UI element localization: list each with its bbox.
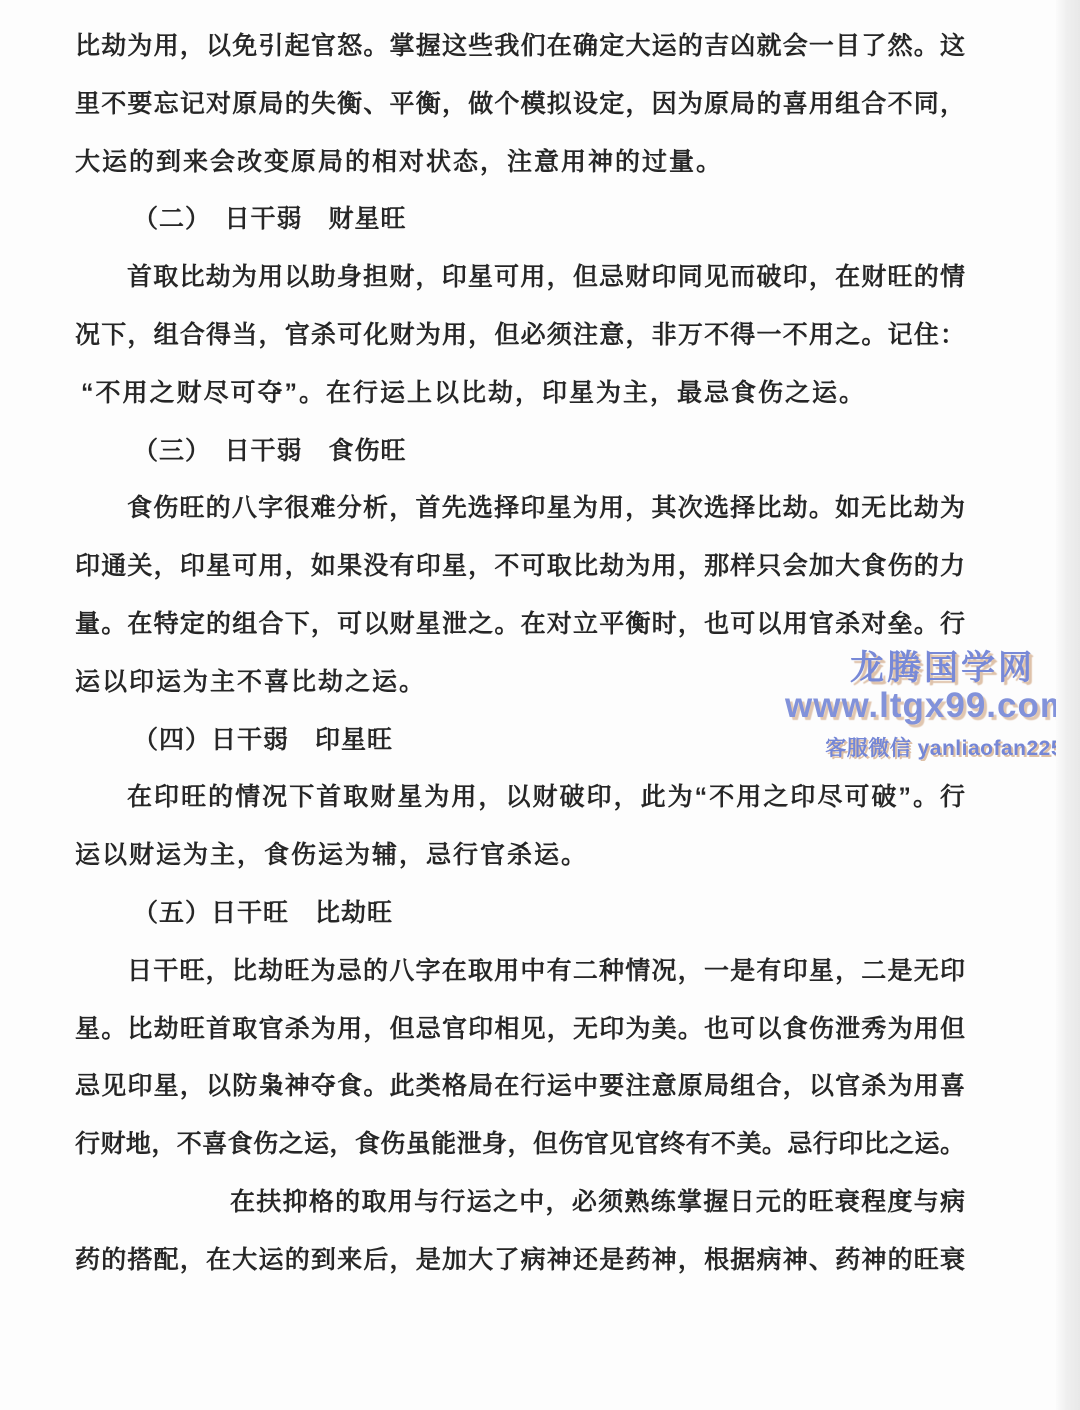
text-line: 印通关，印星可用，如果没有印星，不可取比劫为用，那样只会加大食伤的力 [75, 549, 965, 583]
section-heading: （二） 日干弱 财星旺 [133, 202, 965, 236]
text-line: 在印旺的情况下首取财星为用，以财破印，此为“不用之印尽可破”。行 [127, 780, 965, 814]
text-line: 行财地，不喜食伤之运，食伤虽能泄身，但伤官见官终有不美。忌行印比之运。 [75, 1127, 965, 1161]
scan-edge-strip [1056, 0, 1080, 1410]
text-line: 量。在特定的组合下，可以财星泄之。在对立平衡时，也可以用官杀对垒。行 [75, 607, 965, 641]
text-line: 忌见印星，以防枭神夺食。此类格局在行运中要注意原局组合，以官杀为用喜 [75, 1069, 965, 1103]
text-line: 日干旺，比劫旺为忌的八字在取用中有二种情况，一是有印星，二是无印 [127, 954, 965, 988]
text-line: 大运的到来会改变原局的相对状态，注意用神的过量。 [75, 145, 965, 179]
text-line: 运以财运为主，食伤运为辅，忌行官杀运。 [75, 838, 965, 872]
section-heading: （五）日干旺 比劫旺 [133, 896, 965, 930]
text-line: 比劫为用，以免引起官怒。掌握这些我们在确定大运的吉凶就会一目了然。这 [75, 29, 965, 63]
document-page: 比劫为用，以免引起官怒。掌握这些我们在确定大运的吉凶就会一目了然。这里不要忘记对… [0, 0, 1080, 1410]
text-line: 星。比劫旺首取官杀为用，但忌官印相见，无印为美。也可以食伤泄秀为用但 [75, 1012, 965, 1046]
text-line: 在扶抑格的取用与行运之中，必须熟练掌握日元的旺衰程度与病 [230, 1185, 965, 1219]
text-line: 药的搭配，在大运的到来后，是加大了病神还是药神，根据病神、药神的旺衰 [75, 1243, 965, 1277]
text-line: 首取比劫为用以助身担财，印星可用，但忌财印同见而破印，在财旺的情 [127, 260, 965, 294]
section-heading: （四）日干弱 印星旺 [133, 723, 965, 757]
text-line: “不用之财尽可夺”。在行运上以比劫，印星为主，最忌食伤之运。 [81, 376, 965, 410]
text-line: 里不要忘记对原局的失衡、平衡，做个模拟设定，因为原局的喜用组合不同， [75, 87, 965, 121]
text-line: 运以印运为主不喜比劫之运。 [75, 665, 965, 699]
text-line: 况下，组合得当，官杀可化财为用，但必须注意，非万不得一不用之。记住： [75, 318, 965, 352]
text-line: 食伤旺的八字很难分析，首先选择印星为用，其次选择比劫。如无比劫为 [127, 491, 965, 525]
section-heading: （三） 日干弱 食伤旺 [133, 434, 965, 468]
